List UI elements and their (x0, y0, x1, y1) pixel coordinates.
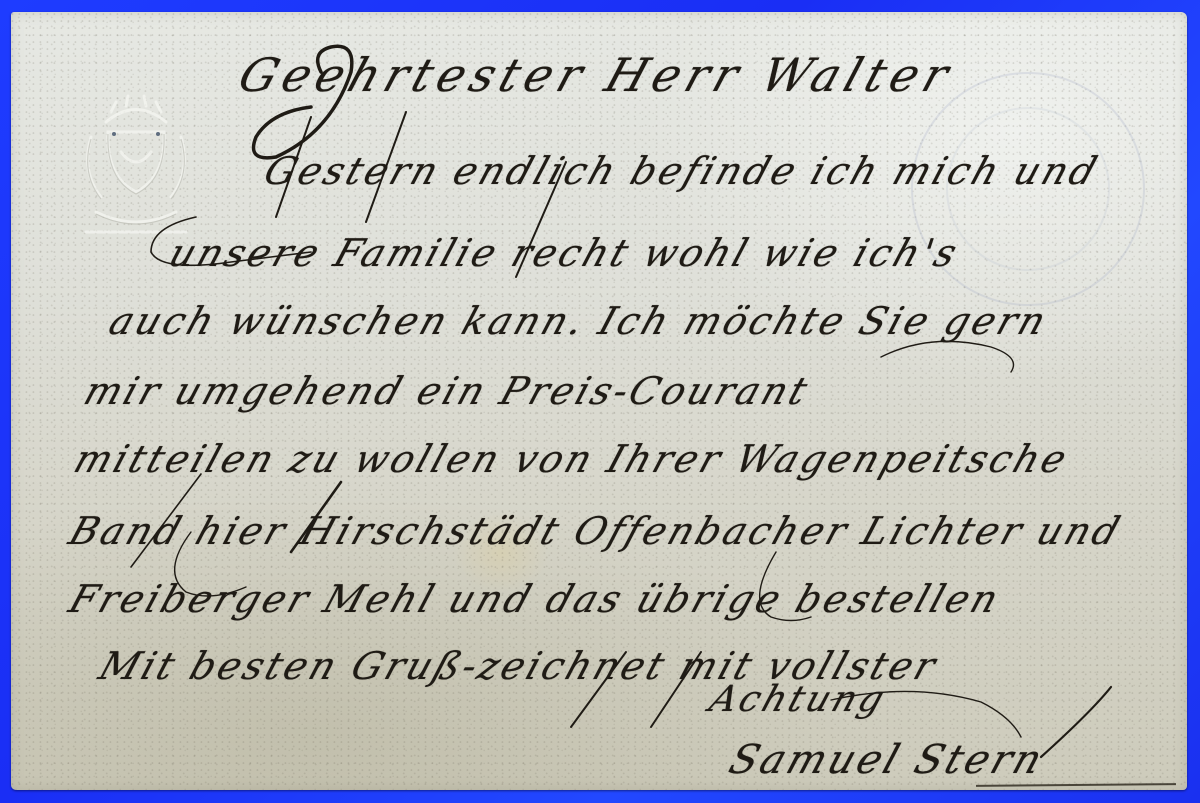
letter-line-5: mitteilen zu wollen von Ihrer Wagenpeits… (70, 440, 1074, 478)
signature: Samuel Stern (725, 740, 1050, 780)
letter-line-4: mir umgehend ein Preis-Courant (80, 372, 815, 410)
letter-line-1: Gestern endlich befinde ich mich und (260, 152, 1104, 190)
postcard: Geehrtester Herr Walter Gestern endlich … (11, 12, 1187, 790)
closing-line: Achtung (705, 682, 891, 718)
letter-line-6: Band hier Hirschstädt Offenbacher Lichte… (65, 512, 1127, 550)
letter-line-7: Freiberger Mehl und das übrige bestellen (65, 580, 1006, 618)
salutation-line: Geehrtester Herr Walter (234, 52, 960, 98)
letter-line-2: unsere Familie recht wohl wie ich's (165, 234, 965, 272)
embossed-coat-of-arms-icon (66, 82, 206, 252)
letter-line-3: auch wünschen kann. Ich möchte Sie gern (105, 302, 1053, 340)
signature-underline (976, 783, 1176, 787)
